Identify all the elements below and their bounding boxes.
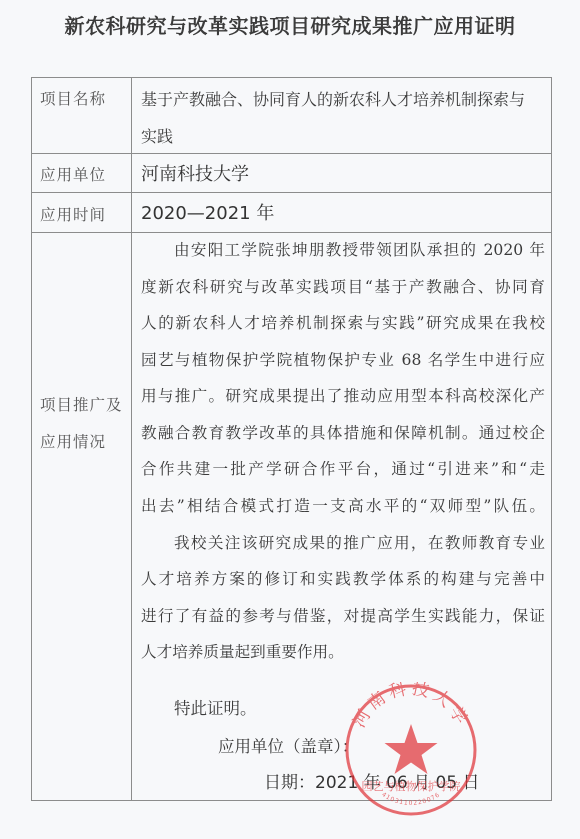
row-divider xyxy=(31,153,552,154)
applying-unit-label: 应用单位 xyxy=(40,163,106,185)
body-line: 园艺与植物保护学院植物保护专业 68 名学生中进行应 xyxy=(141,350,545,370)
application-time-value: 2020—2021 年 xyxy=(141,199,274,225)
application-time-label: 应用时间 xyxy=(40,203,106,225)
body-line: 进行了有益的参考与借鉴，对提高学生实践能力，保证 xyxy=(141,606,545,626)
project-name-value-line: 基于产教融合、协同育人的新农科人才培养机制探索与 xyxy=(141,87,525,110)
body-line: 度新农科研究与改革实践项目“基于产教融合、协同育 xyxy=(141,277,545,297)
signature-label: 应用单位（盖章）： xyxy=(218,733,358,757)
body-line: 由安阳工学院张坤朋教授带领团队承担的 2020 年 xyxy=(174,240,545,260)
body-line: 教融合教育教学改革的具体措施和保障机制。通过校企 xyxy=(141,423,545,443)
body-line: 人才培养质量起到重要作用。 xyxy=(141,642,545,662)
body-line: 人的新农科人才培养机制探索与实践”研究成果在我校 xyxy=(141,313,545,333)
project-name-value-line: 实践 xyxy=(141,124,173,147)
row-divider xyxy=(31,232,552,233)
promotion-label-line: 应用情况 xyxy=(40,430,106,452)
applying-unit-value: 河南科技大学 xyxy=(141,160,249,186)
column-divider xyxy=(131,77,132,801)
body-line: 用与推广。研究成果提出了推动应用型本科高校深化产 xyxy=(141,386,545,406)
body-line: 出去”相结合模式打造一支高水平的“双师型”队伍。 xyxy=(141,496,545,516)
row-divider xyxy=(31,192,552,193)
closing-statement: 特此证明。 xyxy=(174,695,257,719)
project-name-label: 项目名称 xyxy=(40,87,106,109)
promotion-label-line: 项目推广及 xyxy=(40,393,123,415)
document-title: 新农科研究与改革实践项目研究成果推广应用证明 xyxy=(0,10,580,39)
signature-date: 日期：2021 年 06 月 05 日 xyxy=(264,768,480,793)
body-line: 我校关注该研究成果的推广应用，在教师教育专业 xyxy=(174,533,545,553)
body-line: 人才培养方案的修订和实践教学体系的构建与完善中 xyxy=(141,569,545,589)
body-line: 合作共建一批产学研合作平台，通过“引进来”和“走 xyxy=(141,459,545,479)
